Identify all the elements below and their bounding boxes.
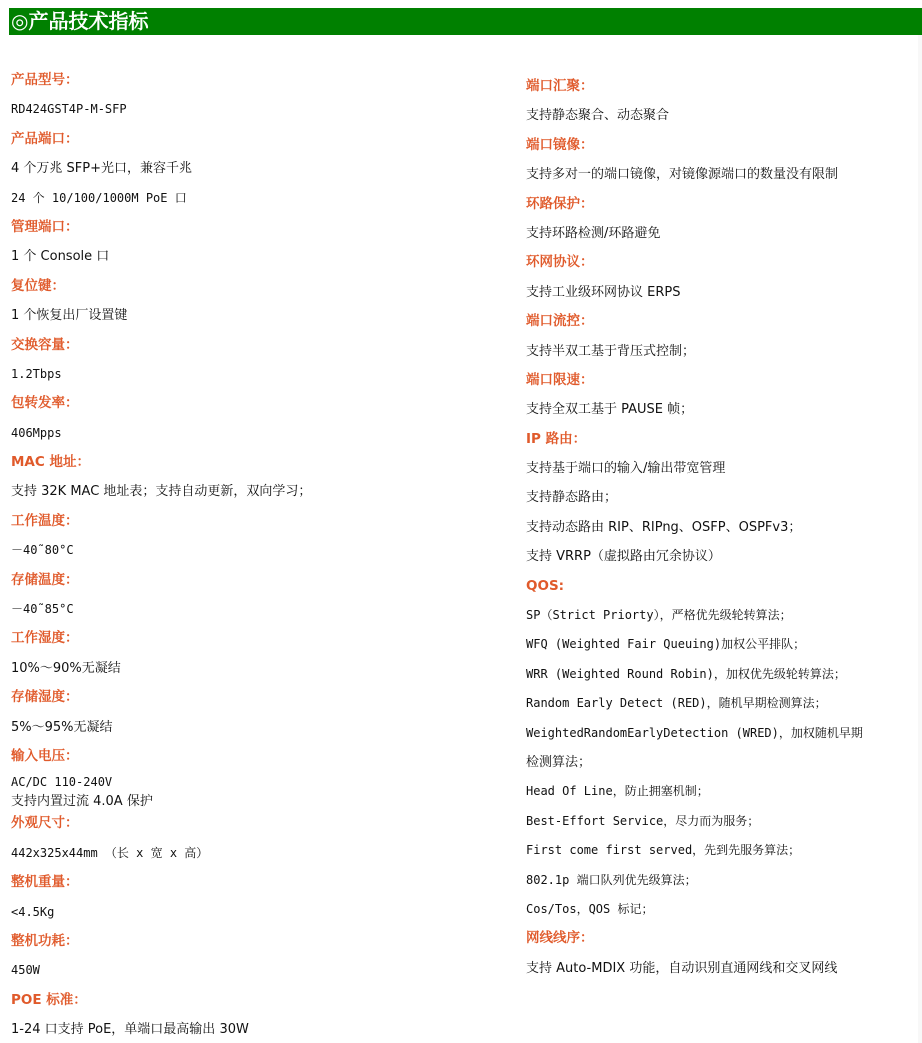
spec-value-qos-1: SP（Strict Priorty），严格优先级轮转算法； (526, 601, 916, 630)
spec-value-ring-protocol: 支持工业级环网协议 ERPS (526, 278, 916, 307)
spec-value-reset-key: 1 个恢复出厂设置键 (11, 301, 501, 330)
left-spec-column: 产品型号： RD424GST4P-M-SFP 产品端口： 4 个万兆 SFP+光… (11, 66, 501, 1043)
spec-label-qos: QOS: (526, 572, 916, 601)
spec-value-qos-10: 802.1p 端口队列优先级算法； (526, 866, 916, 895)
spec-value-management-port: 1 个 Console 口 (11, 242, 501, 271)
spec-value-qos-3: WRR (Weighted Round Robin)，加权优先级轮转算法； (526, 660, 916, 689)
spec-value-qos-7: Head Of Line，防止拥塞机制； (526, 777, 916, 806)
spec-value-storage-humidity: 5%～95%无凝结 (11, 713, 501, 742)
spec-label-loop-protection: 环路保护： (526, 190, 916, 219)
spec-value-qos-9: First come first served，先到先服务算法； (526, 836, 916, 865)
spec-label-operating-temp: 工作温度： (11, 507, 501, 536)
spec-value-port-mirroring: 支持多对一的端口镜像，对镜像源端口的数量没有限制 (526, 160, 916, 189)
spec-value-forwarding-rate: 406Mpps (11, 419, 501, 448)
spec-value-ip-routing-4: 支持 VRRP（虚拟路由冗余协议） (526, 542, 916, 571)
spec-value-ports-2: 24 个 10/100/1000M PoE 口 (11, 184, 501, 213)
page-right-edge (918, 35, 922, 1043)
spec-label-storage-humidity: 存储湿度： (11, 683, 501, 712)
spec-value-qos-2: WFQ (Weighted Fair Queuing)加权公平排队； (526, 630, 916, 659)
spec-label-management-port: 管理端口： (11, 213, 501, 242)
spec-label-port-mirroring: 端口镜像： (526, 131, 916, 160)
spec-value-ip-routing-3: 支持动态路由 RIP、RIPng、OSFP、OSPFv3； (526, 513, 916, 542)
spec-value-power-consumption: 450W (11, 956, 501, 985)
spec-label-dimensions: 外观尺寸： (11, 809, 501, 838)
spec-value-qos-4: Random Early Detect (RED)，随机早期检测算法； (526, 689, 916, 718)
spec-value-input-voltage-1: AC/DC 110-240V (11, 773, 501, 792)
spec-label-rate-limit: 端口限速： (526, 366, 916, 395)
spec-value-qos-8: Best-Effort Service，尽力而为服务； (526, 807, 916, 836)
spec-value-poe-standard: 1-24 口支持 PoE，单端口最高输出 30W (11, 1015, 501, 1043)
spec-label-power-consumption: 整机功耗： (11, 927, 501, 956)
spec-label-operating-humidity: 工作湿度： (11, 624, 501, 653)
spec-label-mac-address: MAC 地址： (11, 448, 501, 477)
spec-value-ports-1: 4 个万兆 SFP+光口，兼容千兆 (11, 154, 501, 183)
spec-label-input-voltage: 输入电压： (11, 742, 501, 771)
spec-label-cable-order: 网线线序： (526, 924, 916, 953)
spec-value-mac-address: 支持 32K MAC 地址表；支持自动更新，双向学习； (11, 477, 501, 506)
spec-value-weight: <4.5Kg (11, 898, 501, 927)
spec-label-ports: 产品端口： (11, 125, 501, 154)
spec-value-port-aggregation: 支持静态聚合、动态聚合 (526, 101, 916, 130)
spec-value-loop-protection: 支持环路检测/环路避免 (526, 219, 916, 248)
spec-label-poe-standard: POE 标准： (11, 986, 501, 1015)
spec-value-rate-limit: 支持全双工基于 PAUSE 帧； (526, 395, 916, 424)
spec-label-ring-protocol: 环网协议： (526, 248, 916, 277)
spec-value-input-voltage: AC/DC 110-240V 支持内置过流 4.0A 保护 (11, 771, 501, 809)
spec-label-storage-temp: 存储温度： (11, 566, 501, 595)
spec-value-flow-control: 支持半双工基于背压式控制； (526, 337, 916, 366)
spec-value-qos-11: Cos/Tos，QOS 标记； (526, 895, 916, 924)
spec-value-operating-humidity: 10%～90%无凝结 (11, 654, 501, 683)
spec-value-qos-5: WeightedRandomEarlyDetection (WRED)，加权随机… (526, 719, 916, 748)
spec-label-switching-capacity: 交换容量： (11, 331, 501, 360)
spec-value-operating-temp: －40˜80°C (11, 536, 501, 565)
spec-value-qos-6: 检测算法； (526, 748, 916, 777)
spec-value-storage-temp: －40˜85°C (11, 595, 501, 624)
spec-label-weight: 整机重量： (11, 868, 501, 897)
spec-value-switching-capacity: 1.2Tbps (11, 360, 501, 389)
spec-value-ip-routing-2: 支持静态路由； (526, 483, 916, 512)
spec-label-flow-control: 端口流控： (526, 307, 916, 336)
spec-label-model: 产品型号： (11, 66, 501, 95)
spec-value-cable-order: 支持 Auto-MDIX 功能，自动识别直通网线和交叉网线 (526, 954, 916, 983)
spec-label-port-aggregation: 端口汇聚： (526, 72, 916, 101)
spec-value-model: RD424GST4P-M-SFP (11, 95, 501, 124)
spec-value-dimensions: 442x325x44mm （长 x 宽 x 高） (11, 839, 501, 868)
right-spec-column: 端口汇聚： 支持静态聚合、动态聚合 端口镜像： 支持多对一的端口镜像，对镜像源端… (526, 72, 916, 983)
spec-label-ip-routing: IP 路由： (526, 425, 916, 454)
section-header: ◎产品技术指标 (9, 8, 922, 35)
spec-label-forwarding-rate: 包转发率： (11, 389, 501, 418)
spec-value-ip-routing-1: 支持基于端口的输入/输出带宽管理 (526, 454, 916, 483)
spec-label-reset-key: 复位键： (11, 272, 501, 301)
